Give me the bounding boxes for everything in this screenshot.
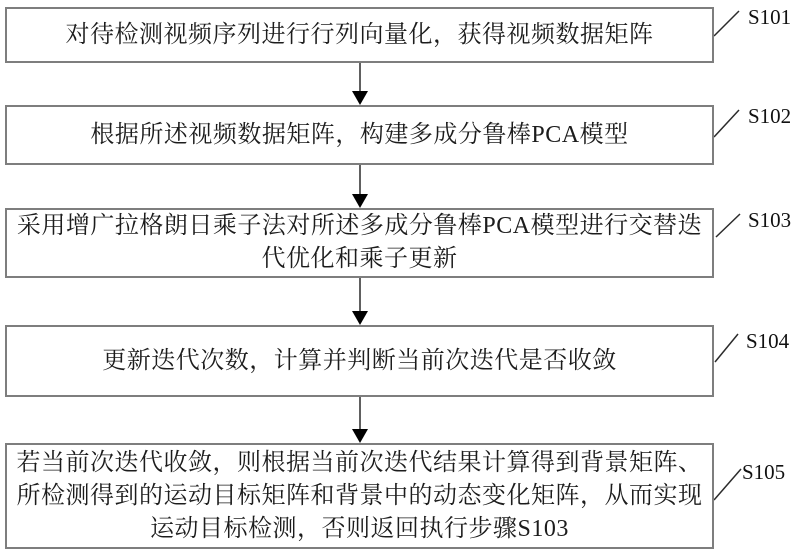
flow-step-text-line: 采用增广拉格朗日乘子法对所述多成分鲁棒PCA模型进行交替迭 xyxy=(17,210,702,243)
arrowhead-icon-1 xyxy=(352,91,368,105)
arrowhead-icon-2 xyxy=(352,194,368,208)
label-slash-s102 xyxy=(714,110,739,137)
arrowhead-icon-3 xyxy=(352,311,368,325)
step-label-s105: S105 xyxy=(742,460,785,485)
flow-step-text-line: 若当前次迭代收敛，则根据当前次迭代结果计算得到背景矩阵、 xyxy=(17,447,703,480)
flow-step-box-s102: 根据所述视频数据矩阵，构建多成分鲁棒PCA模型 xyxy=(5,105,714,165)
label-slash-s101 xyxy=(714,11,739,36)
arrowhead-icon-4 xyxy=(352,429,368,443)
flow-step-box-s105: 若当前次迭代收敛，则根据当前次迭代结果计算得到背景矩阵、 所检测得到的运动目标矩… xyxy=(5,443,714,549)
flow-step-box-s101: 对待检测视频序列进行行列向量化，获得视频数据矩阵 xyxy=(5,7,714,63)
label-slash-s105 xyxy=(714,469,741,500)
label-slash-s103 xyxy=(716,214,740,237)
flow-step-box-s103: 采用增广拉格朗日乘子法对所述多成分鲁棒PCA模型进行交替迭 代优化和乘子更新 xyxy=(5,208,714,278)
step-label-s101: S101 xyxy=(748,5,791,30)
label-slash-s104 xyxy=(715,334,738,362)
flow-step-box-s104: 更新迭代次数，计算并判断当前次迭代是否收敛 xyxy=(5,325,714,397)
flow-step-text-line: 代优化和乘子更新 xyxy=(262,243,458,276)
flow-step-text-line: 所检测得到的运动目标矩阵和背景中的动态变化矩阵，从而实现 xyxy=(17,480,703,513)
flow-step-text-line: 根据所述视频数据矩阵，构建多成分鲁棒PCA模型 xyxy=(90,119,628,152)
step-label-s102: S102 xyxy=(748,104,791,129)
step-label-s104: S104 xyxy=(746,329,789,354)
step-label-s103: S103 xyxy=(748,208,791,233)
flow-step-text-line: 运动目标检测，否则返回执行步骤S103 xyxy=(150,513,569,546)
flow-step-text-line: 更新迭代次数，计算并判断当前次迭代是否收敛 xyxy=(102,345,617,378)
flowchart: 对待检测视频序列进行行列向量化，获得视频数据矩阵 根据所述视频数据矩阵，构建多成… xyxy=(0,0,810,557)
flow-step-text-line: 对待检测视频序列进行行列向量化，获得视频数据矩阵 xyxy=(66,19,654,52)
